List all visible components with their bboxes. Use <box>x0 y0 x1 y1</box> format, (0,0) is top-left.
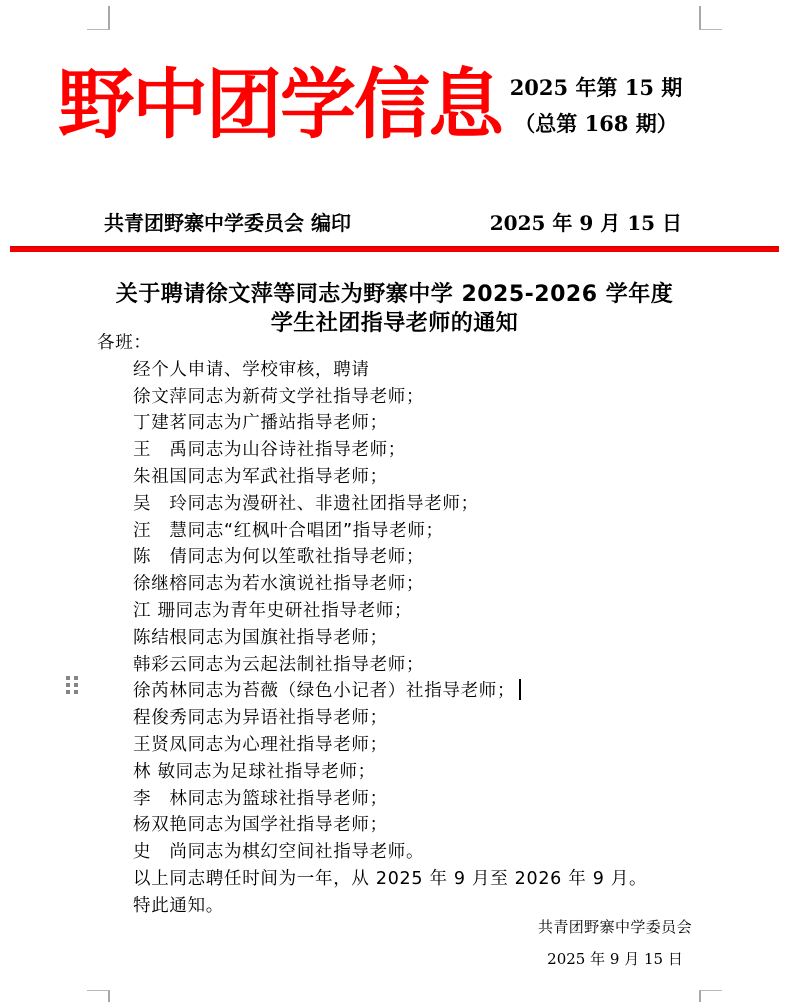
doc-line[interactable]: 陈 倩同志为何以笙歌社指导老师； <box>97 544 717 571</box>
doc-line-text: 徐继榕同志为若水演说社指导老师； <box>133 574 424 594</box>
doc-line-text: 徐芮林同志为苔薇（绿色小记者）社指导老师； <box>133 681 515 701</box>
document-page: 野中团学信息 2025 年第 15 期 （总第 168 期） 共青团野寨中学委员… <box>0 0 789 1002</box>
doc-line[interactable]: 丁建茗同志为广播站指导老师； <box>97 410 717 437</box>
doc-line-text: 徐文萍同志为新荷文学社指导老师； <box>133 387 424 407</box>
doc-line[interactable]: 汪 慧同志“红枫叶合唱团”指导老师； <box>97 518 717 545</box>
masthead-divider-rule <box>10 246 779 252</box>
doc-line[interactable]: 史 尚同志为棋幻空间社指导老师。 <box>97 839 717 866</box>
doc-line[interactable]: 杨双艳同志为国学社指导老师； <box>97 812 717 839</box>
issue-total-number: （总第 168 期） <box>506 112 686 136</box>
doc-line-text: 王 禹同志为山谷诗社指导老师； <box>133 440 406 460</box>
doc-line[interactable]: 王 禹同志为山谷诗社指导老师； <box>97 437 717 464</box>
issue-number: 2025 年第 15 期 <box>506 76 686 100</box>
doc-line[interactable]: 徐继榕同志为若水演说社指导老师； <box>97 571 717 598</box>
doc-line-text: 吴 玲同志为漫研社、非遗社团指导老师； <box>133 494 479 514</box>
doc-line[interactable]: 韩彩云同志为云起法制社指导老师； <box>97 652 717 679</box>
page-margin-mark-top-left <box>87 6 110 30</box>
doc-line[interactable]: 吴 玲同志为漫研社、非遗社团指导老师； <box>97 491 717 518</box>
doc-line-text: 丁建茗同志为广播站指导老师； <box>133 413 388 433</box>
doc-line-text: 陈 倩同志为何以笙歌社指导老师； <box>133 547 424 567</box>
doc-line-text: 杨双艳同志为国学社指导老师； <box>133 815 388 835</box>
doc-line[interactable]: 江 珊同志为青年史研社指导老师； <box>97 598 717 625</box>
doc-line[interactable]: 王贤凤同志为心理社指导老师； <box>97 732 717 759</box>
doc-line-text: 李 林同志为篮球社指导老师； <box>133 789 388 809</box>
doc-line-text: 以上同志聘任时间为一年，从 2025 年 9 月至 2026 年 9 月。 <box>133 869 647 889</box>
doc-line-text: 韩彩云同志为云起法制社指导老师； <box>133 655 424 675</box>
page-margin-mark-bottom-right <box>699 990 722 1002</box>
doc-line-text: 汪 慧同志“红枫叶合唱团”指导老师； <box>133 521 444 541</box>
doc-line[interactable]: 徐文萍同志为新荷文学社指导老师； <box>97 384 717 411</box>
document-body[interactable]: 各班： 经个人申请、学校审核，聘请 徐文萍同志为新荷文学社指导老师； 丁建茗同志… <box>97 330 717 920</box>
signature-date: 2025 年 9 月 15 日 <box>470 948 760 970</box>
page-margin-mark-bottom-left <box>87 990 110 1002</box>
doc-line-text: 程俊秀同志为异语社指导老师； <box>133 708 388 728</box>
doc-line[interactable]: 陈结根同志为国旗社指导老师； <box>97 625 717 652</box>
doc-line-text: 朱祖国同志为军武社指导老师； <box>133 467 388 487</box>
doc-line-text: 经个人申请、学校审核，聘请 <box>133 360 370 380</box>
masthead-title: 野中团学信息 <box>58 64 502 146</box>
signature-block: 共青团野寨中学委员会 2025 年 9 月 15 日 <box>470 916 760 970</box>
doc-line-text: 陈结根同志为国旗社指导老师； <box>133 628 388 648</box>
doc-line-text: 史 尚同志为棋幻空间社指导老师。 <box>133 842 424 862</box>
publisher-row: 共青团野寨中学委员会 编印 2025 年 9 月 15 日 <box>104 211 682 235</box>
doc-line-text: 林 敏同志为足球社指导老师； <box>133 762 376 782</box>
notice-title-line1: 关于聘请徐文萍等同志为野寨中学 2025-2026 学年度 <box>0 280 789 309</box>
doc-line[interactable]: 以上同志聘任时间为一年，从 2025 年 9 月至 2026 年 9 月。 <box>97 866 717 893</box>
doc-line[interactable]: 李 林同志为篮球社指导老师； <box>97 786 717 813</box>
page-margin-mark-top-right <box>699 6 722 30</box>
signature-org: 共青团野寨中学委员会 <box>470 916 760 938</box>
doc-line-with-caret[interactable]: 徐芮林同志为苔薇（绿色小记者）社指导老师； <box>97 678 717 705</box>
doc-line-text: 特此通知。 <box>133 896 224 916</box>
text-cursor <box>519 679 521 700</box>
doc-line[interactable]: 朱祖国同志为军武社指导老师； <box>97 464 717 491</box>
drag-handle-icon[interactable] <box>66 676 78 694</box>
doc-line[interactable]: 程俊秀同志为异语社指导老师； <box>97 705 717 732</box>
publisher-name: 共青团野寨中学委员会 编印 <box>104 211 351 235</box>
issue-info: 2025 年第 15 期 （总第 168 期） <box>506 76 686 136</box>
doc-line-text: 各班： <box>97 333 152 353</box>
doc-line[interactable]: 林 敏同志为足球社指导老师； <box>97 759 717 786</box>
doc-line-text: 王贤凤同志为心理社指导老师； <box>133 735 388 755</box>
doc-line-text: 江 珊同志为青年史研社指导老师； <box>133 601 412 621</box>
doc-line[interactable]: 经个人申请、学校审核，聘请 <box>97 357 717 384</box>
doc-salutation[interactable]: 各班： <box>97 330 717 357</box>
masthead-date: 2025 年 9 月 15 日 <box>490 211 682 235</box>
